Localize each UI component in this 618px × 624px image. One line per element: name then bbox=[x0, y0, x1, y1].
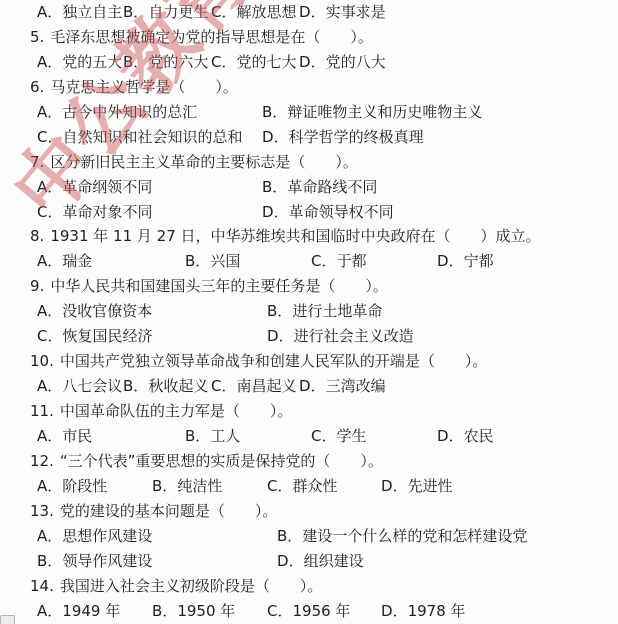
option-text: 1956 年 bbox=[293, 602, 351, 620]
option-C: C．解放思想 bbox=[211, 0, 297, 25]
option-label: C bbox=[311, 252, 321, 270]
option-label: C bbox=[211, 377, 221, 395]
option-separator: ． bbox=[47, 327, 62, 345]
option-text: 自力更生 bbox=[148, 3, 208, 21]
option-text: 八七会议 bbox=[62, 377, 122, 395]
option-label: A bbox=[37, 53, 47, 71]
option-text: 革命领导权不同 bbox=[289, 203, 394, 221]
option-label: B bbox=[152, 477, 162, 495]
question-stem-line: 12.“三个代表”重要思想的实质是保持党的（ ）。 bbox=[0, 449, 618, 474]
option-separator: ． bbox=[221, 53, 236, 71]
question-number: 10. bbox=[30, 352, 54, 370]
option-label: D bbox=[262, 203, 274, 221]
option-separator: ． bbox=[47, 427, 62, 445]
option-separator: ． bbox=[321, 427, 336, 445]
option-row: A．八七会议B．秋收起义C．南昌起义D．三湾改编 bbox=[0, 374, 618, 399]
option-label: D bbox=[381, 602, 393, 620]
option-label: A bbox=[37, 477, 47, 495]
option-separator: ． bbox=[47, 3, 62, 21]
option-label: D bbox=[437, 252, 449, 270]
option-B: B．革命路线不同 bbox=[262, 175, 377, 200]
question-text: 1931 年 11 月 27 日，中华苏维埃共和国临时中央政府在（ ）成立。 bbox=[50, 227, 540, 245]
option-label: D bbox=[277, 552, 289, 570]
option-label: C bbox=[267, 477, 277, 495]
option-A: A．市民 bbox=[37, 424, 92, 449]
option-text: 独立自主 bbox=[62, 3, 122, 21]
option-separator: ． bbox=[47, 203, 62, 221]
option-separator: ． bbox=[47, 178, 62, 196]
option-D: D．科学哲学的终极真理 bbox=[262, 125, 424, 150]
question-text: 区分新旧民主主义革命的主要标志是（ ）。 bbox=[50, 153, 358, 171]
option-C: C．1956 年 bbox=[267, 599, 350, 624]
option-text: 思想作风建设 bbox=[62, 527, 152, 545]
option-label: B bbox=[277, 527, 287, 545]
question-text: 我国进入社会主义初级阶段是（ ）。 bbox=[60, 577, 323, 595]
option-B: B．纯洁性 bbox=[152, 474, 222, 499]
option-label: A bbox=[37, 377, 47, 395]
option-label: B bbox=[185, 427, 195, 445]
option-text: 科学哲学的终极真理 bbox=[289, 128, 424, 146]
question-number: 14. bbox=[30, 577, 54, 595]
option-label: D bbox=[299, 377, 311, 395]
option-text: 阶段性 bbox=[62, 477, 107, 495]
option-A: A．独立自主 bbox=[37, 0, 122, 25]
option-D: D．组织建设 bbox=[277, 549, 364, 574]
option-label: B bbox=[123, 53, 133, 71]
option-label: A bbox=[37, 3, 47, 21]
option-text: 进行土地革命 bbox=[292, 302, 382, 320]
option-text: 于都 bbox=[337, 252, 367, 270]
question-number: 13. bbox=[30, 502, 54, 520]
option-label: C bbox=[211, 53, 221, 71]
option-label: B bbox=[123, 377, 133, 395]
option-row: A．党的五大B．党的六大C．党的七大D．党的八大 bbox=[0, 50, 618, 75]
option-label: B bbox=[185, 252, 195, 270]
question-text: “三个代表”重要思想的实质是保持党的（ ）。 bbox=[60, 452, 383, 470]
option-C: C．党的七大 bbox=[211, 50, 297, 75]
option-C: C．群众性 bbox=[267, 474, 338, 499]
option-text: 群众性 bbox=[293, 477, 338, 495]
option-text: 宁都 bbox=[464, 252, 494, 270]
option-text: 1949 年 bbox=[62, 602, 120, 620]
option-text: 建设一个什么样的党和怎样建设党 bbox=[302, 527, 527, 545]
option-A: A．思想作风建设 bbox=[37, 524, 152, 549]
option-separator: ． bbox=[47, 128, 62, 146]
option-text: 党的六大 bbox=[148, 53, 208, 71]
option-text: 纯洁性 bbox=[177, 477, 222, 495]
option-label: A bbox=[37, 602, 47, 620]
option-row: C．自然知识和社会知识的总和D．科学哲学的终极真理 bbox=[0, 125, 618, 150]
option-D: D．农民 bbox=[437, 424, 494, 449]
question-number: 9. bbox=[30, 277, 44, 295]
option-text: 农民 bbox=[464, 427, 494, 445]
option-label: D bbox=[299, 53, 311, 71]
option-separator: ． bbox=[162, 602, 177, 620]
option-separator: ． bbox=[47, 477, 62, 495]
question-number: 6. bbox=[30, 78, 44, 96]
option-text: 市民 bbox=[62, 427, 92, 445]
option-B: B．党的六大 bbox=[123, 50, 208, 75]
option-C: C．学生 bbox=[311, 424, 367, 449]
option-B: B．进行土地革命 bbox=[267, 299, 382, 324]
option-separator: ． bbox=[449, 252, 464, 270]
question-text: 党的建设的基本问题是（ ）。 bbox=[60, 502, 278, 520]
option-separator: ． bbox=[133, 377, 148, 395]
option-separator: ． bbox=[47, 53, 62, 71]
page-corner-artifact bbox=[0, 615, 15, 624]
option-C: C．于都 bbox=[311, 249, 367, 274]
option-text: 辩证唯物主义和历史唯物主义 bbox=[287, 103, 482, 121]
option-text: 进行社会主义改造 bbox=[294, 327, 414, 345]
option-separator: ． bbox=[311, 377, 326, 395]
option-C: C．自然知识和社会知识的总和 bbox=[37, 125, 243, 150]
option-label: D bbox=[437, 427, 449, 445]
question-list: A．独立自主B．自力更生C．解放思想D．实事求是5.毛泽东思想被确定为党的指导思… bbox=[0, 0, 618, 623]
option-B: B．领导作风建设 bbox=[37, 549, 152, 574]
question-stem-line: 6.马克思主义哲学是（ ）。 bbox=[0, 75, 618, 100]
option-D: D．革命领导权不同 bbox=[262, 200, 394, 225]
option-separator: ． bbox=[47, 527, 62, 545]
option-row: A．革命纲领不同B．革命路线不同 bbox=[0, 175, 618, 200]
option-separator: ． bbox=[133, 53, 148, 71]
option-text: 没收官僚资本 bbox=[62, 302, 152, 320]
option-A: A．革命纲领不同 bbox=[37, 175, 152, 200]
option-D: D．实事求是 bbox=[299, 0, 386, 25]
option-row: B．领导作风建设D．组织建设 bbox=[0, 549, 618, 574]
option-separator: ． bbox=[287, 527, 302, 545]
option-separator: ． bbox=[47, 302, 62, 320]
option-text: 组织建设 bbox=[304, 552, 364, 570]
question-number: 12. bbox=[30, 452, 54, 470]
option-label: A bbox=[37, 527, 47, 545]
question-stem-line: 7.区分新旧民主主义革命的主要标志是（ ）。 bbox=[0, 150, 618, 175]
option-text: 秋收起义 bbox=[148, 377, 208, 395]
option-row: A．市民B．工人C．学生D．农民 bbox=[0, 424, 618, 449]
option-separator: ． bbox=[272, 103, 287, 121]
option-text: 领导作风建设 bbox=[62, 552, 152, 570]
option-separator: ． bbox=[195, 252, 210, 270]
option-separator: ． bbox=[47, 252, 62, 270]
option-separator: ． bbox=[277, 477, 292, 495]
option-text: 革命路线不同 bbox=[287, 178, 377, 196]
option-row: A．没收官僚资本B．进行土地革命 bbox=[0, 299, 618, 324]
question-text: 中华人民共和国建国头三年的主要任务是（ ）。 bbox=[50, 277, 388, 295]
option-C: C．恢复国民经济 bbox=[37, 324, 153, 349]
option-separator: ． bbox=[47, 602, 62, 620]
option-separator: ． bbox=[274, 128, 289, 146]
option-A: A．瑞金 bbox=[37, 249, 92, 274]
option-separator: ． bbox=[311, 53, 326, 71]
option-label: A bbox=[37, 178, 47, 196]
option-label: A bbox=[37, 302, 47, 320]
option-row: A．古今中外知识的总汇B．辩证唯物主义和历史唯物主义 bbox=[0, 100, 618, 125]
option-B: B．兴国 bbox=[185, 249, 240, 274]
option-label: D bbox=[299, 3, 311, 21]
option-label: D bbox=[262, 128, 274, 146]
option-A: A．古今中外知识的总汇 bbox=[37, 100, 197, 125]
option-row: C．革命对象不同D．革命领导权不同 bbox=[0, 200, 618, 225]
option-separator: ． bbox=[272, 178, 287, 196]
option-separator: ． bbox=[162, 477, 177, 495]
option-label: C bbox=[37, 128, 47, 146]
option-label: A bbox=[37, 252, 47, 270]
option-separator: ． bbox=[221, 3, 236, 21]
option-separator: ． bbox=[47, 552, 62, 570]
option-label: B bbox=[262, 103, 272, 121]
option-separator: ． bbox=[289, 552, 304, 570]
option-text: 南昌起义 bbox=[237, 377, 297, 395]
option-label: B bbox=[267, 302, 277, 320]
option-label: D bbox=[267, 327, 279, 345]
option-separator: ． bbox=[279, 327, 294, 345]
option-D: D．先进性 bbox=[381, 474, 453, 499]
option-separator: ． bbox=[277, 302, 292, 320]
option-text: 1978 年 bbox=[408, 602, 466, 620]
question-number: 8. bbox=[30, 227, 44, 245]
question-text: 毛泽东思想被确定为党的指导思想是在（ ）。 bbox=[50, 28, 373, 46]
option-separator: ． bbox=[195, 427, 210, 445]
question-number: 5. bbox=[30, 28, 44, 46]
question-text: 中国革命队伍的主力军是（ ）。 bbox=[60, 402, 293, 420]
option-D: D．进行社会主义改造 bbox=[267, 324, 414, 349]
option-separator: ． bbox=[393, 477, 408, 495]
option-C: C．南昌起义 bbox=[211, 374, 297, 399]
option-row: C．恢复国民经济D．进行社会主义改造 bbox=[0, 324, 618, 349]
option-D: D．1978 年 bbox=[381, 599, 466, 624]
option-separator: ． bbox=[221, 377, 236, 395]
option-text: 解放思想 bbox=[237, 3, 297, 21]
option-B: B．自力更生 bbox=[123, 0, 208, 25]
option-text: 自然知识和社会知识的总和 bbox=[63, 128, 243, 146]
option-label: B bbox=[123, 3, 133, 21]
option-B: B．辩证唯物主义和历史唯物主义 bbox=[262, 100, 482, 125]
option-row: A．思想作风建设B．建设一个什么样的党和怎样建设党 bbox=[0, 524, 618, 549]
option-text: 实事求是 bbox=[326, 3, 386, 21]
option-text: 党的五大 bbox=[62, 53, 122, 71]
option-text: 古今中外知识的总汇 bbox=[62, 103, 197, 121]
option-text: 革命对象不同 bbox=[63, 203, 153, 221]
question-text: 马克思主义哲学是（ ）。 bbox=[50, 78, 238, 96]
option-A: A．党的五大 bbox=[37, 50, 122, 75]
question-stem-line: 8.1931 年 11 月 27 日，中华苏维埃共和国临时中央政府在（ ）成立。 bbox=[0, 224, 618, 249]
option-separator: ． bbox=[47, 103, 62, 121]
option-row: A．1949 年B．1950 年C．1956 年D．1978 年 bbox=[0, 599, 618, 624]
option-text: 恢复国民经济 bbox=[63, 327, 153, 345]
option-D: D．宁都 bbox=[437, 249, 494, 274]
option-label: B bbox=[262, 178, 272, 196]
option-D: D．党的八大 bbox=[299, 50, 386, 75]
question-stem-line: 13.党的建设的基本问题是（ ）。 bbox=[0, 499, 618, 524]
option-text: 工人 bbox=[210, 427, 240, 445]
option-separator: ． bbox=[393, 602, 408, 620]
option-label: B bbox=[37, 552, 47, 570]
option-separator: ． bbox=[277, 602, 292, 620]
option-B: B．秋收起义 bbox=[123, 374, 208, 399]
option-B: B．工人 bbox=[185, 424, 240, 449]
option-row: A．阶段性B．纯洁性C．群众性D．先进性 bbox=[0, 474, 618, 499]
option-row: A．独立自主B．自力更生C．解放思想D．实事求是 bbox=[0, 0, 618, 25]
option-text: 先进性 bbox=[408, 477, 453, 495]
question-stem-line: 14.我国进入社会主义初级阶段是（ ）。 bbox=[0, 574, 618, 599]
option-label: C bbox=[211, 3, 221, 21]
question-stem-line: 9.中华人民共和国建国头三年的主要任务是（ ）。 bbox=[0, 274, 618, 299]
option-text: 兴国 bbox=[210, 252, 240, 270]
option-text: 瑞金 bbox=[62, 252, 92, 270]
option-A: A．阶段性 bbox=[37, 474, 107, 499]
option-separator: ． bbox=[274, 203, 289, 221]
option-text: 党的八大 bbox=[326, 53, 386, 71]
exam-document-page: 中公教育 A．独立自主B．自力更生C．解放思想D．实事求是5.毛泽东思想被确定为… bbox=[0, 0, 618, 624]
option-text: 学生 bbox=[337, 427, 367, 445]
option-A: A．没收官僚资本 bbox=[37, 299, 152, 324]
option-label: A bbox=[37, 427, 47, 445]
option-text: 党的七大 bbox=[237, 53, 297, 71]
option-text: 1950 年 bbox=[177, 602, 235, 620]
option-A: A．1949 年 bbox=[37, 599, 120, 624]
question-number: 7. bbox=[30, 153, 44, 171]
option-separator: ． bbox=[311, 3, 326, 21]
option-C: C．革命对象不同 bbox=[37, 200, 153, 225]
option-separator: ． bbox=[321, 252, 336, 270]
option-label: C bbox=[311, 427, 321, 445]
question-stem-line: 10.中国共产党独立领导革命战争和创建人民军队的开端是（ ）。 bbox=[0, 349, 618, 374]
question-stem-line: 5.毛泽东思想被确定为党的指导思想是在（ ）。 bbox=[0, 25, 618, 50]
option-label: A bbox=[37, 103, 47, 121]
option-label: C bbox=[37, 327, 47, 345]
option-label: B bbox=[152, 602, 162, 620]
question-number: 11. bbox=[30, 402, 54, 420]
option-separator: ． bbox=[133, 3, 148, 21]
option-A: A．八七会议 bbox=[37, 374, 122, 399]
option-separator: ． bbox=[449, 427, 464, 445]
option-D: D．三湾改编 bbox=[299, 374, 386, 399]
question-text: 中国共产党独立领导革命战争和创建人民军队的开端是（ ）。 bbox=[60, 352, 488, 370]
option-label: C bbox=[267, 602, 277, 620]
option-row: A．瑞金B．兴国C．于都D．宁都 bbox=[0, 249, 618, 274]
option-text: 革命纲领不同 bbox=[62, 178, 152, 196]
option-B: B．1950 年 bbox=[152, 599, 235, 624]
option-label: C bbox=[37, 203, 47, 221]
option-label: D bbox=[381, 477, 393, 495]
option-text: 三湾改编 bbox=[326, 377, 386, 395]
question-stem-line: 11.中国革命队伍的主力军是（ ）。 bbox=[0, 399, 618, 424]
option-separator: ． bbox=[47, 377, 62, 395]
option-B: B．建设一个什么样的党和怎样建设党 bbox=[277, 524, 527, 549]
